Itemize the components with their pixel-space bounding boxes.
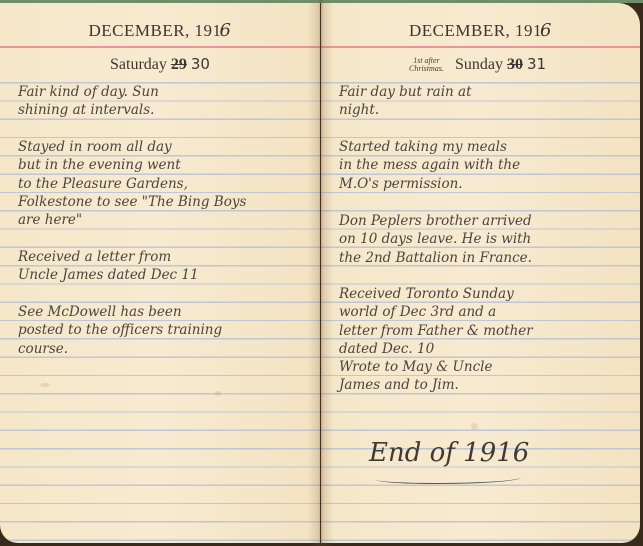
entry-weather: Fair kind of day. Sun shining at interva…	[18, 83, 306, 120]
date-struck: 29	[171, 56, 187, 73]
entry-meals: Started taking my meals in the mess agai…	[339, 138, 626, 193]
month-heading: DECEMBER, 1916	[321, 20, 640, 41]
weekday: Sunday	[455, 56, 503, 73]
date-handwritten: 31	[527, 55, 546, 73]
month-printed: DECEMBER, 191	[88, 21, 221, 40]
paper-stain	[471, 423, 478, 430]
day-heading: Sunday 3031	[361, 55, 640, 74]
entry-letter: Received a letter from Uncle James dated…	[18, 248, 306, 285]
ink-speck	[40, 383, 50, 387]
left-page: DECEMBER, 1916 Saturday 2930 Fair kind o…	[0, 3, 320, 543]
entry-pepler: Don Peplers brother arrived on 10 days l…	[339, 212, 626, 267]
date-struck: 30	[507, 56, 523, 73]
entry-mcdowell: See McDowell has been posted to the offi…	[18, 303, 306, 358]
closing-note: End of 1916	[369, 438, 529, 468]
year-digit-handwritten: 6	[540, 20, 552, 41]
entry-weather: Fair day but rain at night.	[339, 83, 626, 120]
date-handwritten: 30	[191, 55, 210, 73]
entry-mail: Received Toronto Sunday world of Dec 3rd…	[339, 285, 626, 395]
entry-activities: Stayed in room all day but in the evenin…	[18, 138, 306, 229]
right-page: DECEMBER, 1916 1st after Christmas. Sund…	[321, 3, 640, 543]
ink-speck	[215, 391, 221, 396]
month-heading: DECEMBER, 1916	[0, 20, 320, 41]
day-heading: Saturday 2930	[0, 55, 320, 74]
weekday: Saturday	[110, 56, 167, 73]
red-header-rule	[321, 46, 640, 48]
year-digit-handwritten: 6	[220, 20, 232, 41]
red-header-rule	[0, 46, 320, 48]
diary-spread: DECEMBER, 1916 Saturday 2930 Fair kind o…	[0, 0, 643, 546]
month-printed: DECEMBER, 191	[409, 21, 542, 40]
